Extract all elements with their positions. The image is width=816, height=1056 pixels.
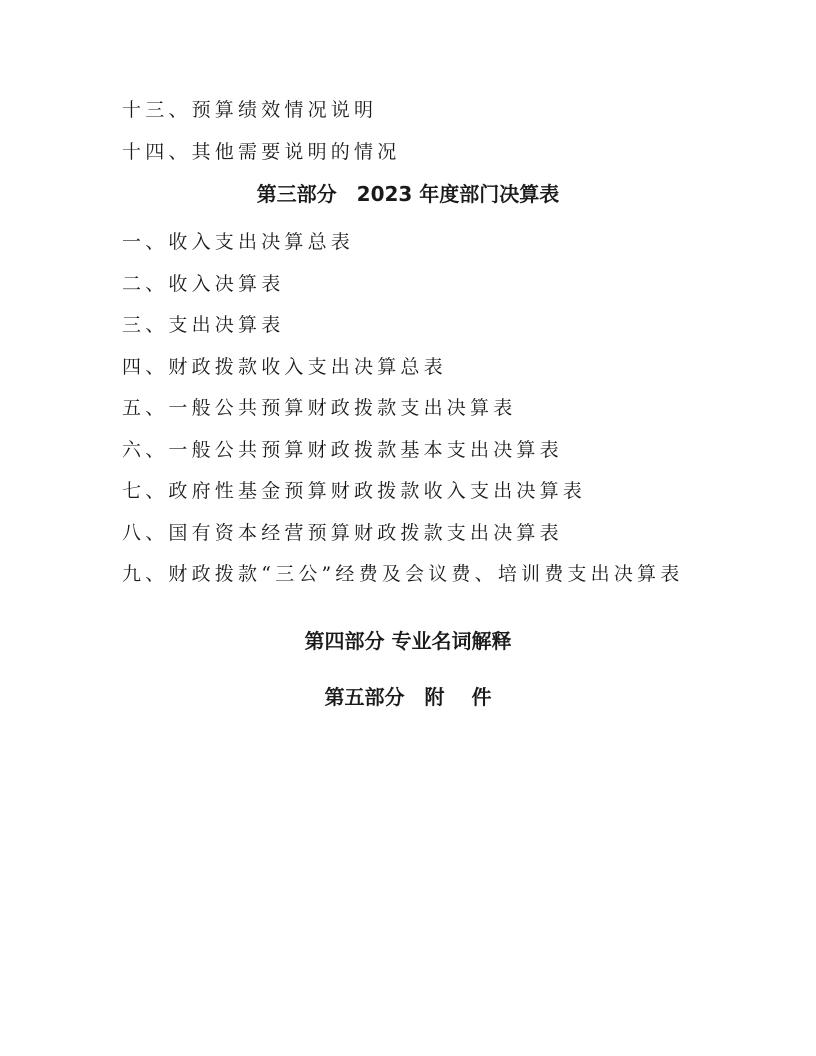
toc-item: 十三、预算绩效情况说明 bbox=[122, 98, 377, 122]
toc-item: 七、政府性基金预算财政拨款收入支出决算表 bbox=[122, 479, 586, 503]
toc-item: 四、财政拨款收入支出决算总表 bbox=[122, 355, 447, 379]
toc-item: 二、收入决算表 bbox=[122, 272, 284, 296]
toc-item: 三、支出决算表 bbox=[122, 313, 284, 337]
section-heading-part3: 第三部分 2023 年度部门决算表 bbox=[0, 181, 816, 207]
toc-item: 一、收入支出决算总表 bbox=[122, 230, 354, 254]
toc-item: 六、一般公共预算财政拨款基本支出决算表 bbox=[122, 438, 563, 462]
toc-item: 十四、其他需要说明的情况 bbox=[122, 140, 400, 164]
toc-item: 五、一般公共预算财政拨款支出决算表 bbox=[122, 396, 516, 420]
section-heading-part4: 第四部分 专业名词解释 bbox=[0, 628, 816, 654]
toc-item: 九、财政拨款“三公”经费及会议费、培训费支出决算表 bbox=[122, 562, 683, 586]
section-heading-part5: 第五部分 附 件 bbox=[0, 684, 816, 710]
toc-item: 八、国有资本经营预算财政拨款支出决算表 bbox=[122, 521, 563, 545]
